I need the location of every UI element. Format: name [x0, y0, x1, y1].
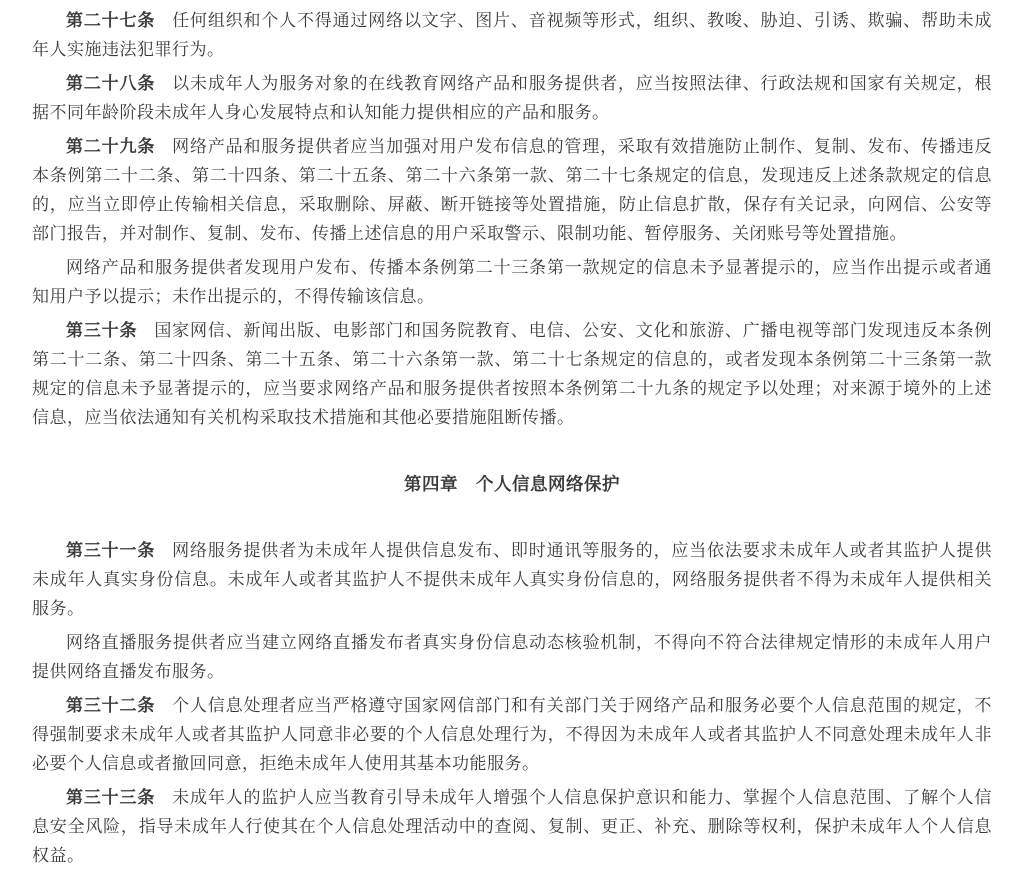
paragraph-text: 个人信息处理者应当严格遵守国家网信部门和有关部门关于网络产品和服务必要个人信息范… — [32, 696, 992, 773]
article-number: 第三十二条 — [66, 696, 155, 715]
article-paragraph: 第二十八条以未成年人为服务对象的在线教育网络产品和服务提供者，应当按照法律、行政… — [32, 69, 992, 127]
paragraph-text: 任何组织和个人不得通过网络以文字、图片、音视频等形式，组织、教唆、胁迫、引诱、欺… — [32, 11, 992, 59]
article-paragraph: 第三十一条网络服务提供者为未成年人提供信息发布、即时通讯等服务的，应当依法要求未… — [32, 536, 992, 623]
article-number: 第三十一条 — [66, 541, 155, 560]
paragraph-text: 国家网信、新闻出版、电影部门和国务院教育、电信、公安、文化和旅游、广播电视等部门… — [32, 321, 992, 427]
body-paragraph: 网络直播服务提供者应当建立网络直播发布者真实身份信息动态核验机制，不得向不符合法… — [32, 628, 992, 686]
paragraph-text: 网络服务提供者为未成年人提供信息发布、即时通讯等服务的，应当依法要求未成年人或者… — [32, 541, 992, 618]
article-number: 第三十条 — [66, 321, 137, 340]
body-paragraph: 网络产品和服务提供者发现用户发布、传播本条例第二十三条第一款规定的信息未予显著提… — [32, 253, 992, 311]
article-number: 第三十三条 — [66, 788, 155, 807]
article-paragraph: 第二十九条网络产品和服务提供者应当加强对用户发布信息的管理，采取有效措施防止制作… — [32, 132, 992, 248]
article-paragraph: 第三十条国家网信、新闻出版、电影部门和国务院教育、电信、公安、文化和旅游、广播电… — [32, 316, 992, 432]
paragraph-text: 以未成年人为服务对象的在线教育网络产品和服务提供者，应当按照法律、行政法规和国家… — [32, 74, 992, 122]
paragraph-text: 网络直播服务提供者应当建立网络直播发布者真实身份信息动态核验机制，不得向不符合法… — [32, 633, 992, 681]
paragraph-text: 未成年人的监护人应当教育引导未成年人增强个人信息保护意识和能力、掌握个人信息范围… — [32, 788, 992, 865]
article-number: 第二十七条 — [66, 11, 155, 30]
article-number: 第二十八条 — [66, 74, 155, 93]
article-paragraph: 第二十七条任何组织和个人不得通过网络以文字、图片、音视频等形式，组织、教唆、胁迫… — [32, 6, 992, 64]
article-paragraph: 第三十三条未成年人的监护人应当教育引导未成年人增强个人信息保护意识和能力、掌握个… — [32, 783, 992, 870]
legal-document-page: 第二十七条任何组织和个人不得通过网络以文字、图片、音视频等形式，组织、教唆、胁迫… — [0, 0, 1030, 887]
article-number: 第二十九条 — [66, 137, 155, 156]
article-paragraph: 第三十二条个人信息处理者应当严格遵守国家网信部门和有关部门关于网络产品和服务必要… — [32, 691, 992, 778]
paragraph-text: 网络产品和服务提供者发现用户发布、传播本条例第二十三条第一款规定的信息未予显著提… — [32, 258, 992, 306]
paragraph-text: 网络产品和服务提供者应当加强对用户发布信息的管理，采取有效措施防止制作、复制、发… — [32, 137, 992, 243]
document-body: 第二十七条任何组织和个人不得通过网络以文字、图片、音视频等形式，组织、教唆、胁迫… — [32, 6, 992, 870]
chapter-heading: 第四章 个人信息网络保护 — [32, 470, 992, 499]
